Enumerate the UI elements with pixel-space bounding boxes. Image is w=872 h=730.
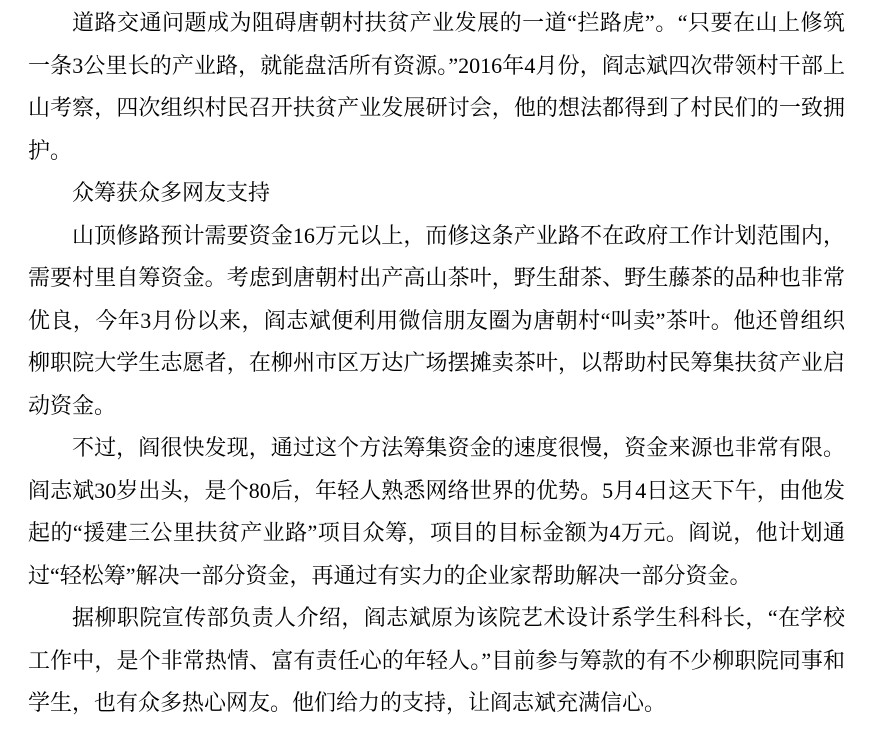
article-section-heading: 众筹获众多网友支持 xyxy=(28,172,845,215)
article-paragraph-1: 道路交通问题成为阻碍唐朝村扶贫产业发展的一道“拦路虎”。“只要在山上修筑一条3公… xyxy=(28,2,845,172)
article-paragraph-2: 山顶修路预计需要资金16万元以上，而修这条产业路不在政府工作计划范围内，需要村里… xyxy=(28,215,845,428)
article-paragraph-4: 据柳职院宣传部负责人介绍，阎志斌原为该院艺术设计系学生科科长，“在学校工作中，是… xyxy=(28,597,845,725)
article-paragraph-3: 不过，阎很快发现，通过这个方法筹集资金的速度很慢，资金来源也非常有限。阎志斌30… xyxy=(28,427,845,597)
article-page: 道路交通问题成为阻碍唐朝村扶贫产业发展的一道“拦路虎”。“只要在山上修筑一条3公… xyxy=(0,0,872,730)
